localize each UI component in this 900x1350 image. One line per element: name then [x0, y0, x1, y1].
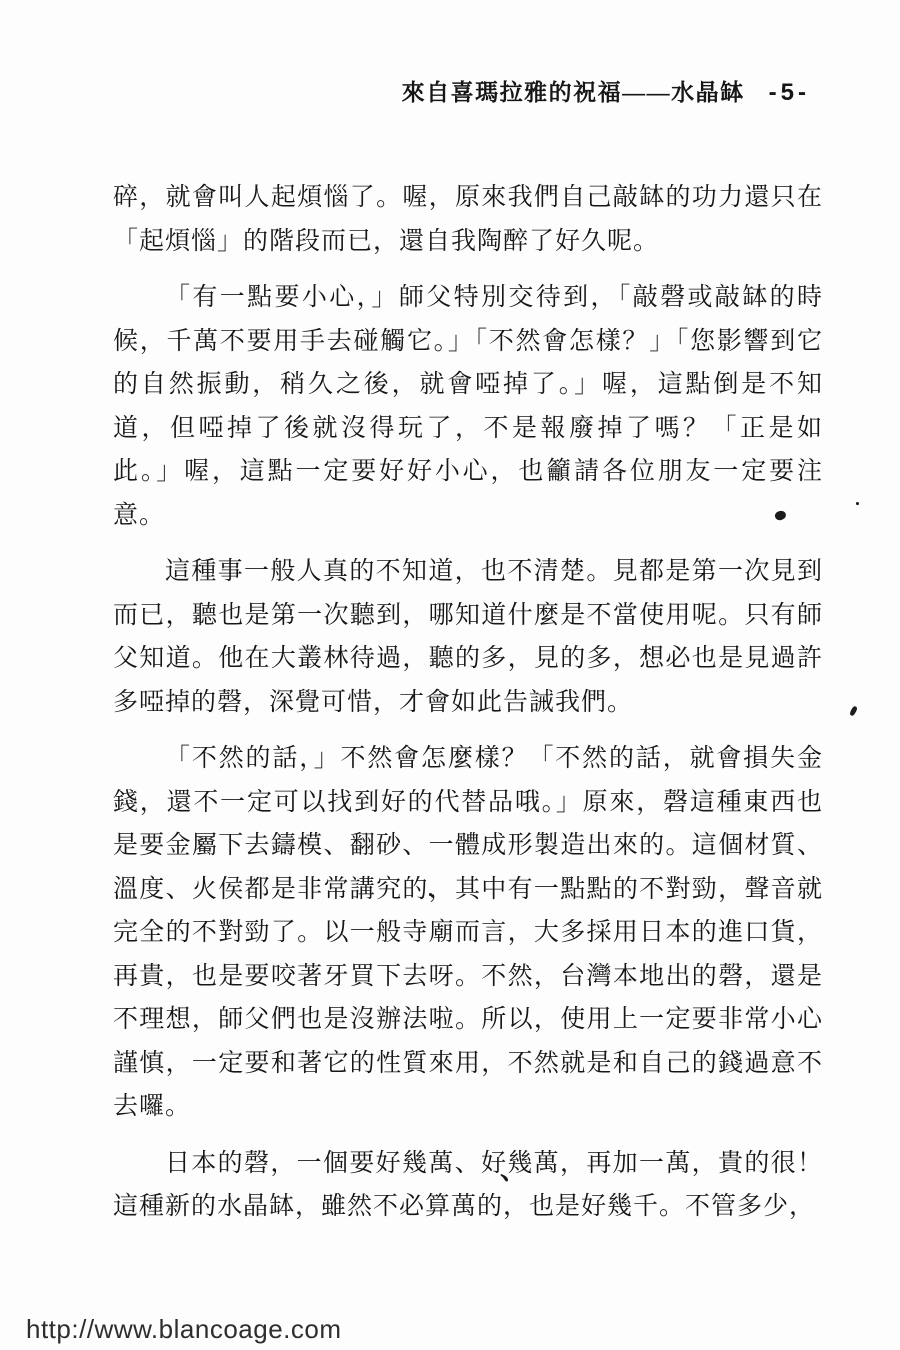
text-line: 是要金屬下去鑄模、翻砂、一體成形製造出來的。這個材質、 [113, 824, 823, 868]
text-line: 不理想，師父們也是沒辦法啦。所以，使用上一定要非常小心 [113, 998, 823, 1042]
text-line: 而已，聽也是第一次聽到，哪知道什麼是不當使用呢。只有師 [113, 594, 823, 638]
text-line: 多啞掉的磬，深覺可惜，才會如此告誡我們。 [113, 681, 823, 725]
paragraph: 這種事一般人真的不知道，也不清楚。見都是第一次見到而已，聽也是第一次聽到，哪知道… [113, 550, 823, 724]
page-number: -5- [769, 79, 810, 107]
paragraph: 「有一點要小心，」師父特別交待到，「敲磬或敲缽的時候，千萬不要用手去碰觸它。」「… [113, 276, 823, 537]
text-line: 「不然的話，」不然會怎麼樣？「不然的話，就會損失金 [113, 737, 823, 781]
scan-artifact-speck [856, 502, 859, 505]
text-line: 「有一點要小心，」師父特別交待到，「敲磬或敲缽的時 [113, 276, 823, 320]
text-line: 碎，就會叫人起煩惱了。喔，原來我們自己敲缽的功力還只在 [113, 176, 823, 220]
scan-artifact-speck [849, 705, 858, 716]
text-line: 完全的不對勁了。以一般寺廟而言，大多採用日本的進口貨， [113, 911, 823, 955]
text-line: 這種新的水晶缽，雖然不必算萬的，也是好幾千。不管多少， [113, 1185, 823, 1229]
text-line: 「起煩惱」的階段而已，還自我陶醉了好久呢。 [113, 220, 823, 264]
text-line: 這種事一般人真的不知道，也不清楚。見都是第一次見到 [113, 550, 823, 594]
running-header: 來自喜瑪拉雅的祝福——水晶缽 -5- [0, 74, 810, 107]
text-line: 候，千萬不要用手去碰觸它。」「不然會怎樣？」「您影響到它 [113, 320, 823, 364]
text-line: 的自然振動，稍久之後，就會啞掉了。」喔，這點倒是不知 [113, 363, 823, 407]
text-line: 日本的磬，一個要好幾萬、好幾萬，再加一萬，貴的很！ [113, 1142, 823, 1186]
text-line: 去囉。 [113, 1085, 823, 1129]
text-line: 意。 [113, 494, 823, 538]
scanned-book-page: 來自喜瑪拉雅的祝福——水晶缽 -5- 碎，就會叫人起煩惱了。喔，原來我們自己敲缽… [0, 0, 900, 1350]
text-line: 溫度、火侯都是非常講究的，其中有一點點的不對勁，聲音就 [113, 868, 823, 912]
body-text: 碎，就會叫人起煩惱了。喔，原來我們自己敲缽的功力還只在「起煩惱」的階段而已，還自… [113, 176, 823, 1242]
book-title: 來自喜瑪拉雅的祝福——水晶缽 [402, 74, 745, 107]
text-line: 再貴，也是要咬著牙買下去呀。不然，台灣本地出的磬，還是 [113, 955, 823, 999]
watermark-url: http://www.blancoage.com [26, 1314, 342, 1345]
paragraph: 碎，就會叫人起煩惱了。喔，原來我們自己敲缽的功力還只在「起煩惱」的階段而已，還自… [113, 176, 823, 263]
text-line: 道，但啞掉了後就沒得玩了，不是報廢掉了嗎？「正是如 [113, 407, 823, 451]
text-line: 父知道。他在大叢林待過，聽的多，見的多，想必也是見過許 [113, 637, 823, 681]
scan-artifact-stray-mark: 、 [500, 1150, 526, 1187]
scan-artifact-speck [429, 893, 432, 896]
text-line: 錢，還不一定可以找到好的代替品哦。」原來，磬這種東西也 [113, 781, 823, 825]
text-line: 此。」喔，這點一定要好好小心，也籲請各位朋友一定要注 [113, 450, 823, 494]
paragraph: 日本的磬，一個要好幾萬、好幾萬，再加一萬，貴的很！這種新的水晶缽，雖然不必算萬的… [113, 1142, 823, 1229]
text-line: 謹慎，一定要和著它的性質來用，不然就是和自己的錢過意不 [113, 1042, 823, 1086]
paragraph: 「不然的話，」不然會怎麼樣？「不然的話，就會損失金錢，還不一定可以找到好的代替品… [113, 737, 823, 1129]
